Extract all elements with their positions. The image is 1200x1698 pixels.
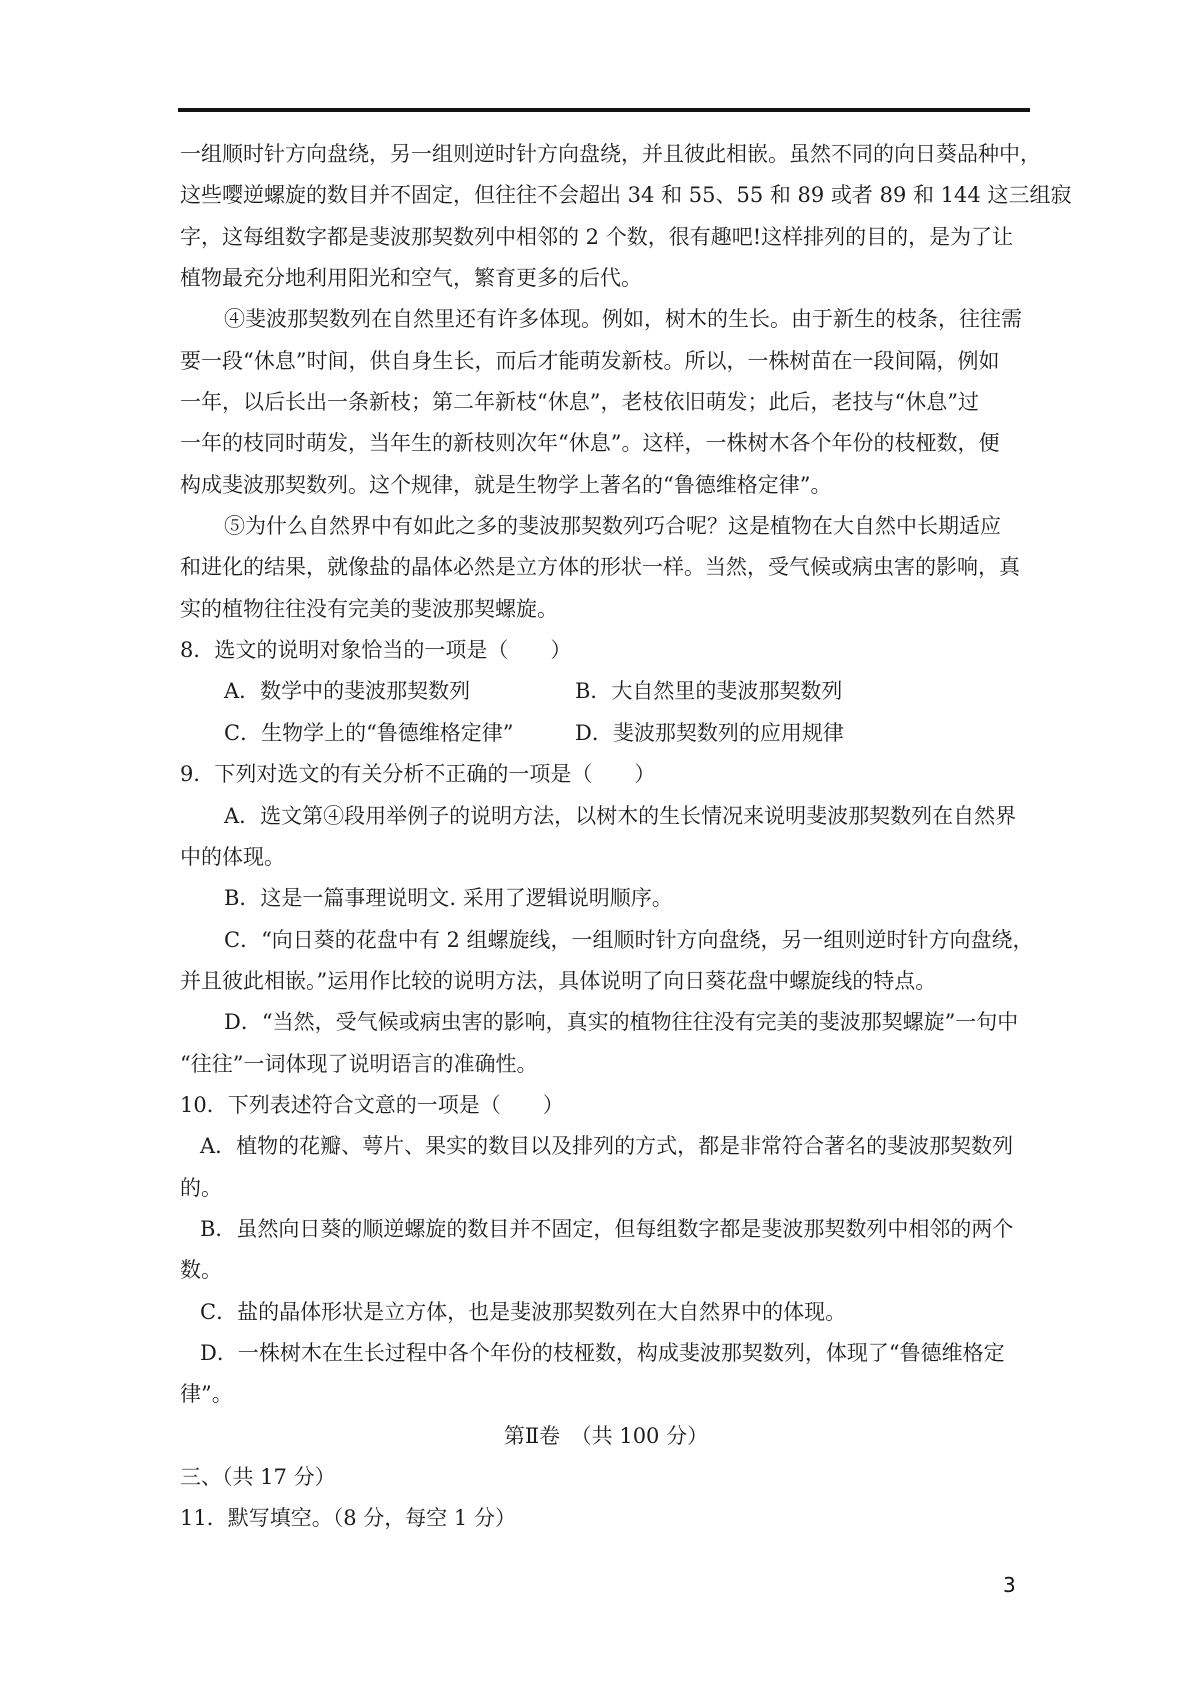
passage-line: 一组顺时针方向盘绕，另一组则逆时针方向盘绕，并且彼此相嵌。虽然不同的向日葵品种中… <box>180 134 1032 175</box>
question-8-options-row-1: A．数学中的斐波那契数列B．大自然里的斐波那契数列 <box>180 671 1032 712</box>
passage-line: 一年的枝同时萌发，当年生的新枝则次年“休息”。这样，一株树木各个年份的枝桠数，便 <box>180 423 1032 464</box>
passage-line: 实的植物往往没有完美的斐波那契螺旋。 <box>180 589 1032 630</box>
question-8-stem: 8．选文的说明对象恰当的一项是（ ） <box>180 630 1032 671</box>
passage-line: 植物最充分地利用阳光和空气，繁育更多的后代。 <box>180 258 1032 299</box>
passage-line: 构成斐波那契数列。这个规律，就是生物学上著名的“鲁德维格定律”。 <box>180 465 1032 506</box>
passage-line: 这些嘤逆螺旋的数目并不固定，但往往不会超出 34 和 55、55 和 89 或者… <box>180 175 1032 216</box>
question-8-option-c: C．生物学上的“鲁德维格定律” <box>224 713 575 754</box>
passage-line: 和进化的结果，就像盐的晶体必然是立方体的形状一样。当然，受气候或病虫害的影响，真 <box>180 547 1032 588</box>
question-9-option-d-cont: “往往”一词体现了说明语言的准确性。 <box>180 1044 1032 1085</box>
question-9-option-c: C．“向日葵的花盘中有 2 组螺旋线，一组顺时针方向盘绕，另一组则逆时针方向盘绕… <box>180 920 1032 961</box>
passage-line: 要一段“休息”时间，供自身生长，而后才能萌发新枝。所以，一株树苗在一段间隔，例如 <box>180 341 1032 382</box>
section-3-heading: 三、（共 17 分） <box>180 1457 1032 1498</box>
question-9-option-b: B．这是一篇事理说明文. 采用了逻辑说明顺序。 <box>180 878 1032 919</box>
exam-page: 一组顺时针方向盘绕，另一组则逆时针方向盘绕，并且彼此相嵌。虽然不同的向日葵品种中… <box>0 0 1200 1698</box>
question-10-stem: 10．下列表述符合文意的一项是（ ） <box>180 1085 1032 1126</box>
question-9-option-c-cont: 并且彼此相嵌。”运用作比较的说明方法，具体说明了向日葵花盘中螺旋线的特点。 <box>180 961 1032 1002</box>
question-9-option-d: D．“当然，受气候或病虫害的影响，真实的植物往往没有完美的斐波那契螺旋”一句中 <box>180 1002 1032 1043</box>
question-8-option-b: B．大自然里的斐波那契数列 <box>575 679 842 703</box>
question-10-option-a: A．植物的花瓣、萼片、果实的数目以及排列的方式，都是非常符合著名的斐波那契数列 <box>180 1126 1032 1167</box>
question-10-option-b: B．虽然向日葵的顺逆螺旋的数目并不固定，但每组数字都是斐波那契数列中相邻的两个 <box>180 1209 1032 1250</box>
question-10-option-d: D．一株树木在生长过程中各个年份的枝桠数，构成斐波那契数列，体现了“鲁德维格定 <box>180 1333 1032 1374</box>
question-9-option-a-cont: 中的体现。 <box>180 837 1032 878</box>
question-9-option-a: A．选文第④段用举例子的说明方法，以树木的生长情况来说明斐波那契数列在自然界 <box>180 796 1032 837</box>
question-8-option-a: A．数学中的斐波那契数列 <box>224 671 575 712</box>
question-10-option-b-cont: 数。 <box>180 1250 1032 1291</box>
page-number: 3 <box>1003 1572 1016 1598</box>
question-8-option-d: D．斐波那契数列的应用规律 <box>575 721 844 745</box>
passage-line: 字，这每组数字都是斐波那契数列中相邻的 2 个数，很有趣吧!这样排列的目的，是为… <box>180 217 1032 258</box>
passage-line: 一年，以后长出一条新枝；第二年新枝“休息”，老枝依旧萌发；此后，老技与“休息”过 <box>180 382 1032 423</box>
question-10-option-d-cont: 律”。 <box>180 1374 1032 1415</box>
page-content: 一组顺时针方向盘绕，另一组则逆时针方向盘绕，并且彼此相嵌。虽然不同的向日葵品种中… <box>180 134 1032 1540</box>
part-2-title: 第Ⅱ卷 （共 100 分） <box>180 1416 1032 1457</box>
header-rule <box>178 108 1030 112</box>
passage-line: ⑤为什么自然界中有如此之多的斐波那契数列巧合呢？这是植物在大自然中长期适应 <box>180 506 1032 547</box>
passage-line: ④斐波那契数列在自然里还有许多体现。例如，树木的生长。由于新生的枝条，往往需 <box>180 299 1032 340</box>
question-9-stem: 9．下列对选文的有关分析不正确的一项是（ ） <box>180 754 1032 795</box>
question-11-stem: 11．默写填空。（8 分，每空 1 分） <box>180 1498 1032 1539</box>
question-10-option-a-cont: 的。 <box>180 1168 1032 1209</box>
question-10-option-c: C．盐的晶体形状是立方体，也是斐波那契数列在大自然界中的体现。 <box>180 1292 1032 1333</box>
question-8-options-row-2: C．生物学上的“鲁德维格定律”D．斐波那契数列的应用规律 <box>180 713 1032 754</box>
